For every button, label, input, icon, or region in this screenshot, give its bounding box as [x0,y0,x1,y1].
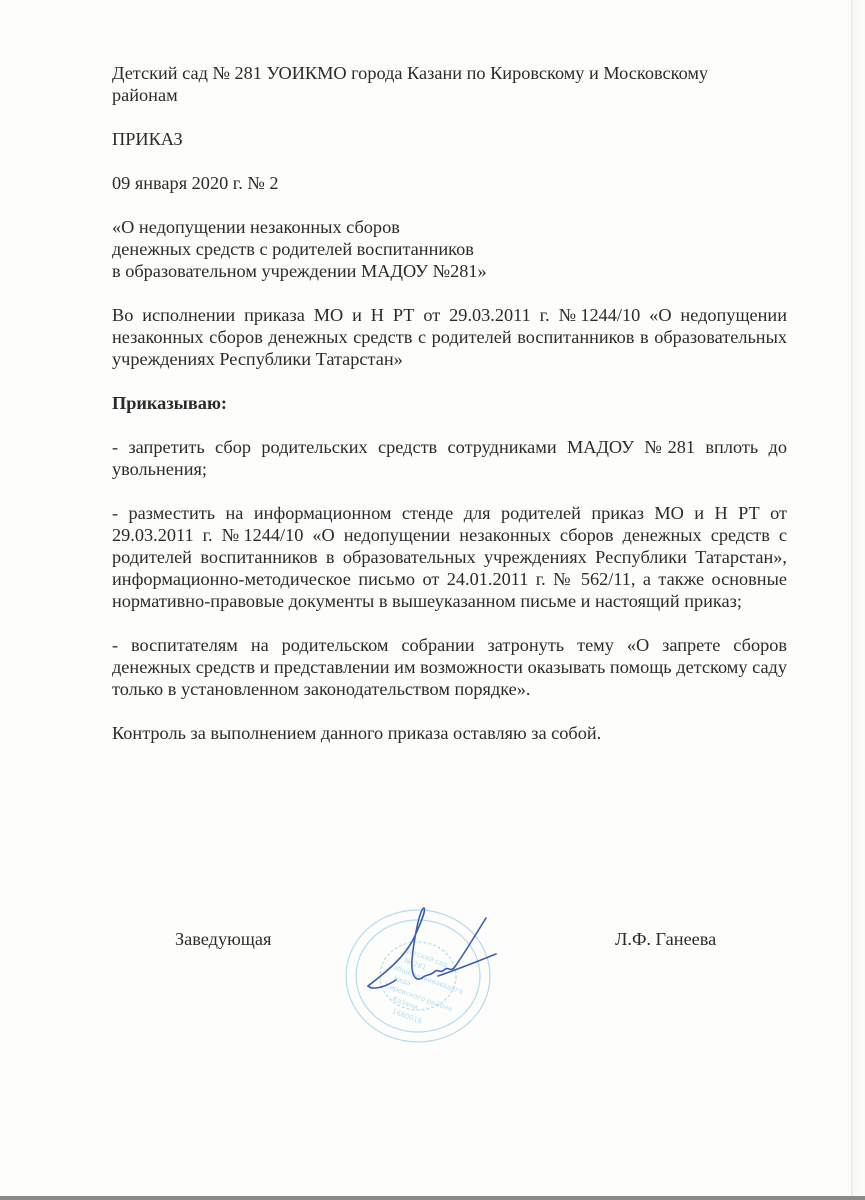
order-item-1: - запретить сбор родительских средств со… [112,436,787,480]
stamp-seal-icon: Детский сад № 281 общеразвивающего вида … [326,898,511,1048]
official-stamp-with-signature: Детский сад № 281 общеразвивающего вида … [326,898,511,1048]
directive-heading: Приказываю: [112,392,787,414]
signature-row: Заведующая Л.Ф. Ганеева [175,928,735,952]
subject-line-1: «О недопущении незаконных сборов [112,216,787,238]
order-subject: «О недопущении незаконных сборов денежны… [112,216,787,282]
document-type: ПРИКАЗ [112,128,787,150]
document-body: Детский сад № 281 УОИКМО города Казани п… [112,62,787,744]
scan-page-edge-right [851,0,865,1197]
signatory-name: Л.Ф. Ганеева [615,928,716,950]
order-item-2: - разместить на информационном стенде дл… [112,502,787,612]
closing-statement: Контроль за выполнением данного приказа … [112,722,787,744]
organization-line-2: районам [112,84,787,106]
organization-line-1: Детский сад № 281 УОИКМО города Казани п… [112,62,787,84]
subject-line-3: в образовательном учреждении МАДОУ №281» [112,260,787,282]
preamble-paragraph: Во исполнении приказа МО и Н РТ от 29.03… [112,304,787,370]
signatory-role: Заведующая [175,928,271,950]
organization-header: Детский сад № 281 УОИКМО города Казани п… [112,62,787,106]
order-item-3: - воспитателям на родительском собрании … [112,634,787,700]
order-date-number: 09 января 2020 г. № 2 [112,172,787,194]
scan-page-edge-bottom [0,1196,865,1200]
subject-line-2: денежных средств с родителей воспитанник… [112,238,787,260]
